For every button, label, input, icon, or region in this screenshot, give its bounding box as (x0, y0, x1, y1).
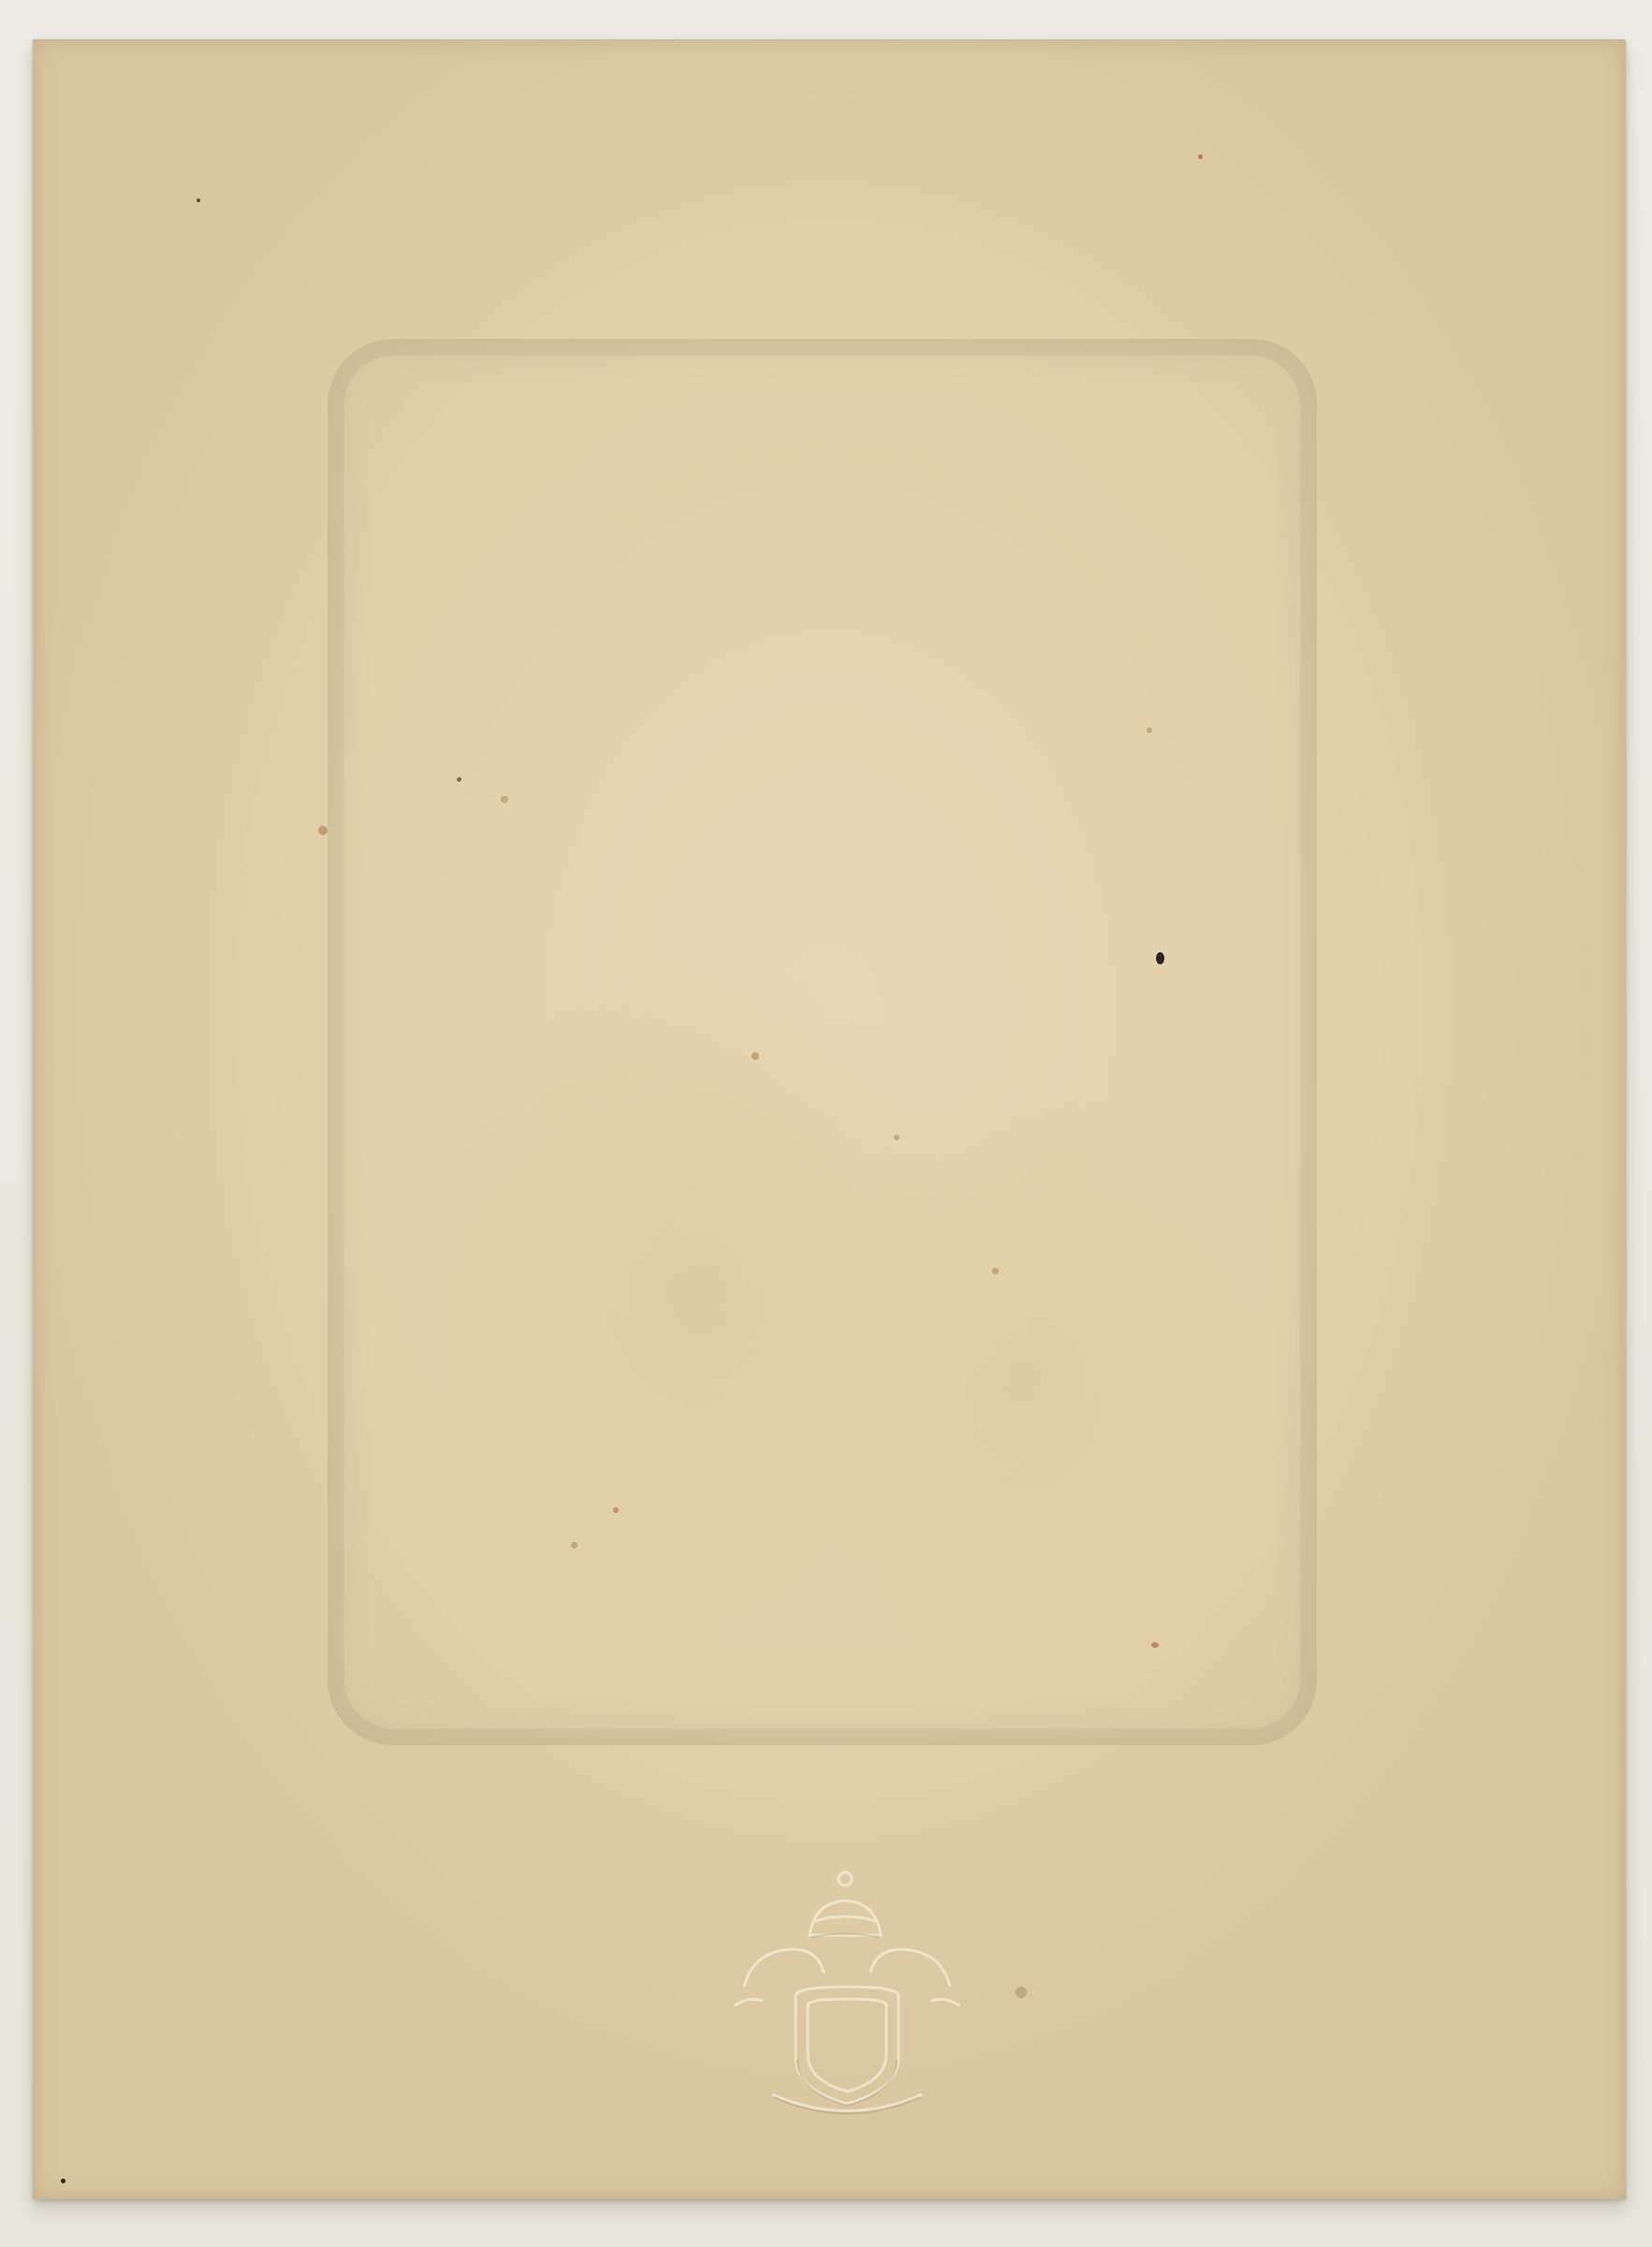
crest-icon (707, 1846, 987, 2127)
show-through-frame (328, 339, 1317, 1745)
foxing-spot (318, 826, 328, 835)
foxing-spot (992, 1268, 999, 1274)
foxing-spot (61, 2179, 66, 2183)
foxing-spot (571, 1542, 577, 1549)
foxing-spot (1198, 154, 1203, 159)
foxing-spot (752, 1052, 759, 1060)
foxing-spot (457, 777, 461, 782)
foxing-spot (613, 1507, 619, 1513)
foxing-spot (1016, 1987, 1027, 1998)
foxing-spot (1151, 1642, 1159, 1648)
foxing-spot (1147, 727, 1152, 733)
foxing-spot (894, 1135, 899, 1140)
paper-card (33, 39, 1626, 2199)
embossed-coat-of-arms (707, 1846, 987, 2127)
foxing-spot (501, 796, 508, 803)
ink-speck (1156, 952, 1164, 964)
foxing-spot (197, 198, 200, 202)
